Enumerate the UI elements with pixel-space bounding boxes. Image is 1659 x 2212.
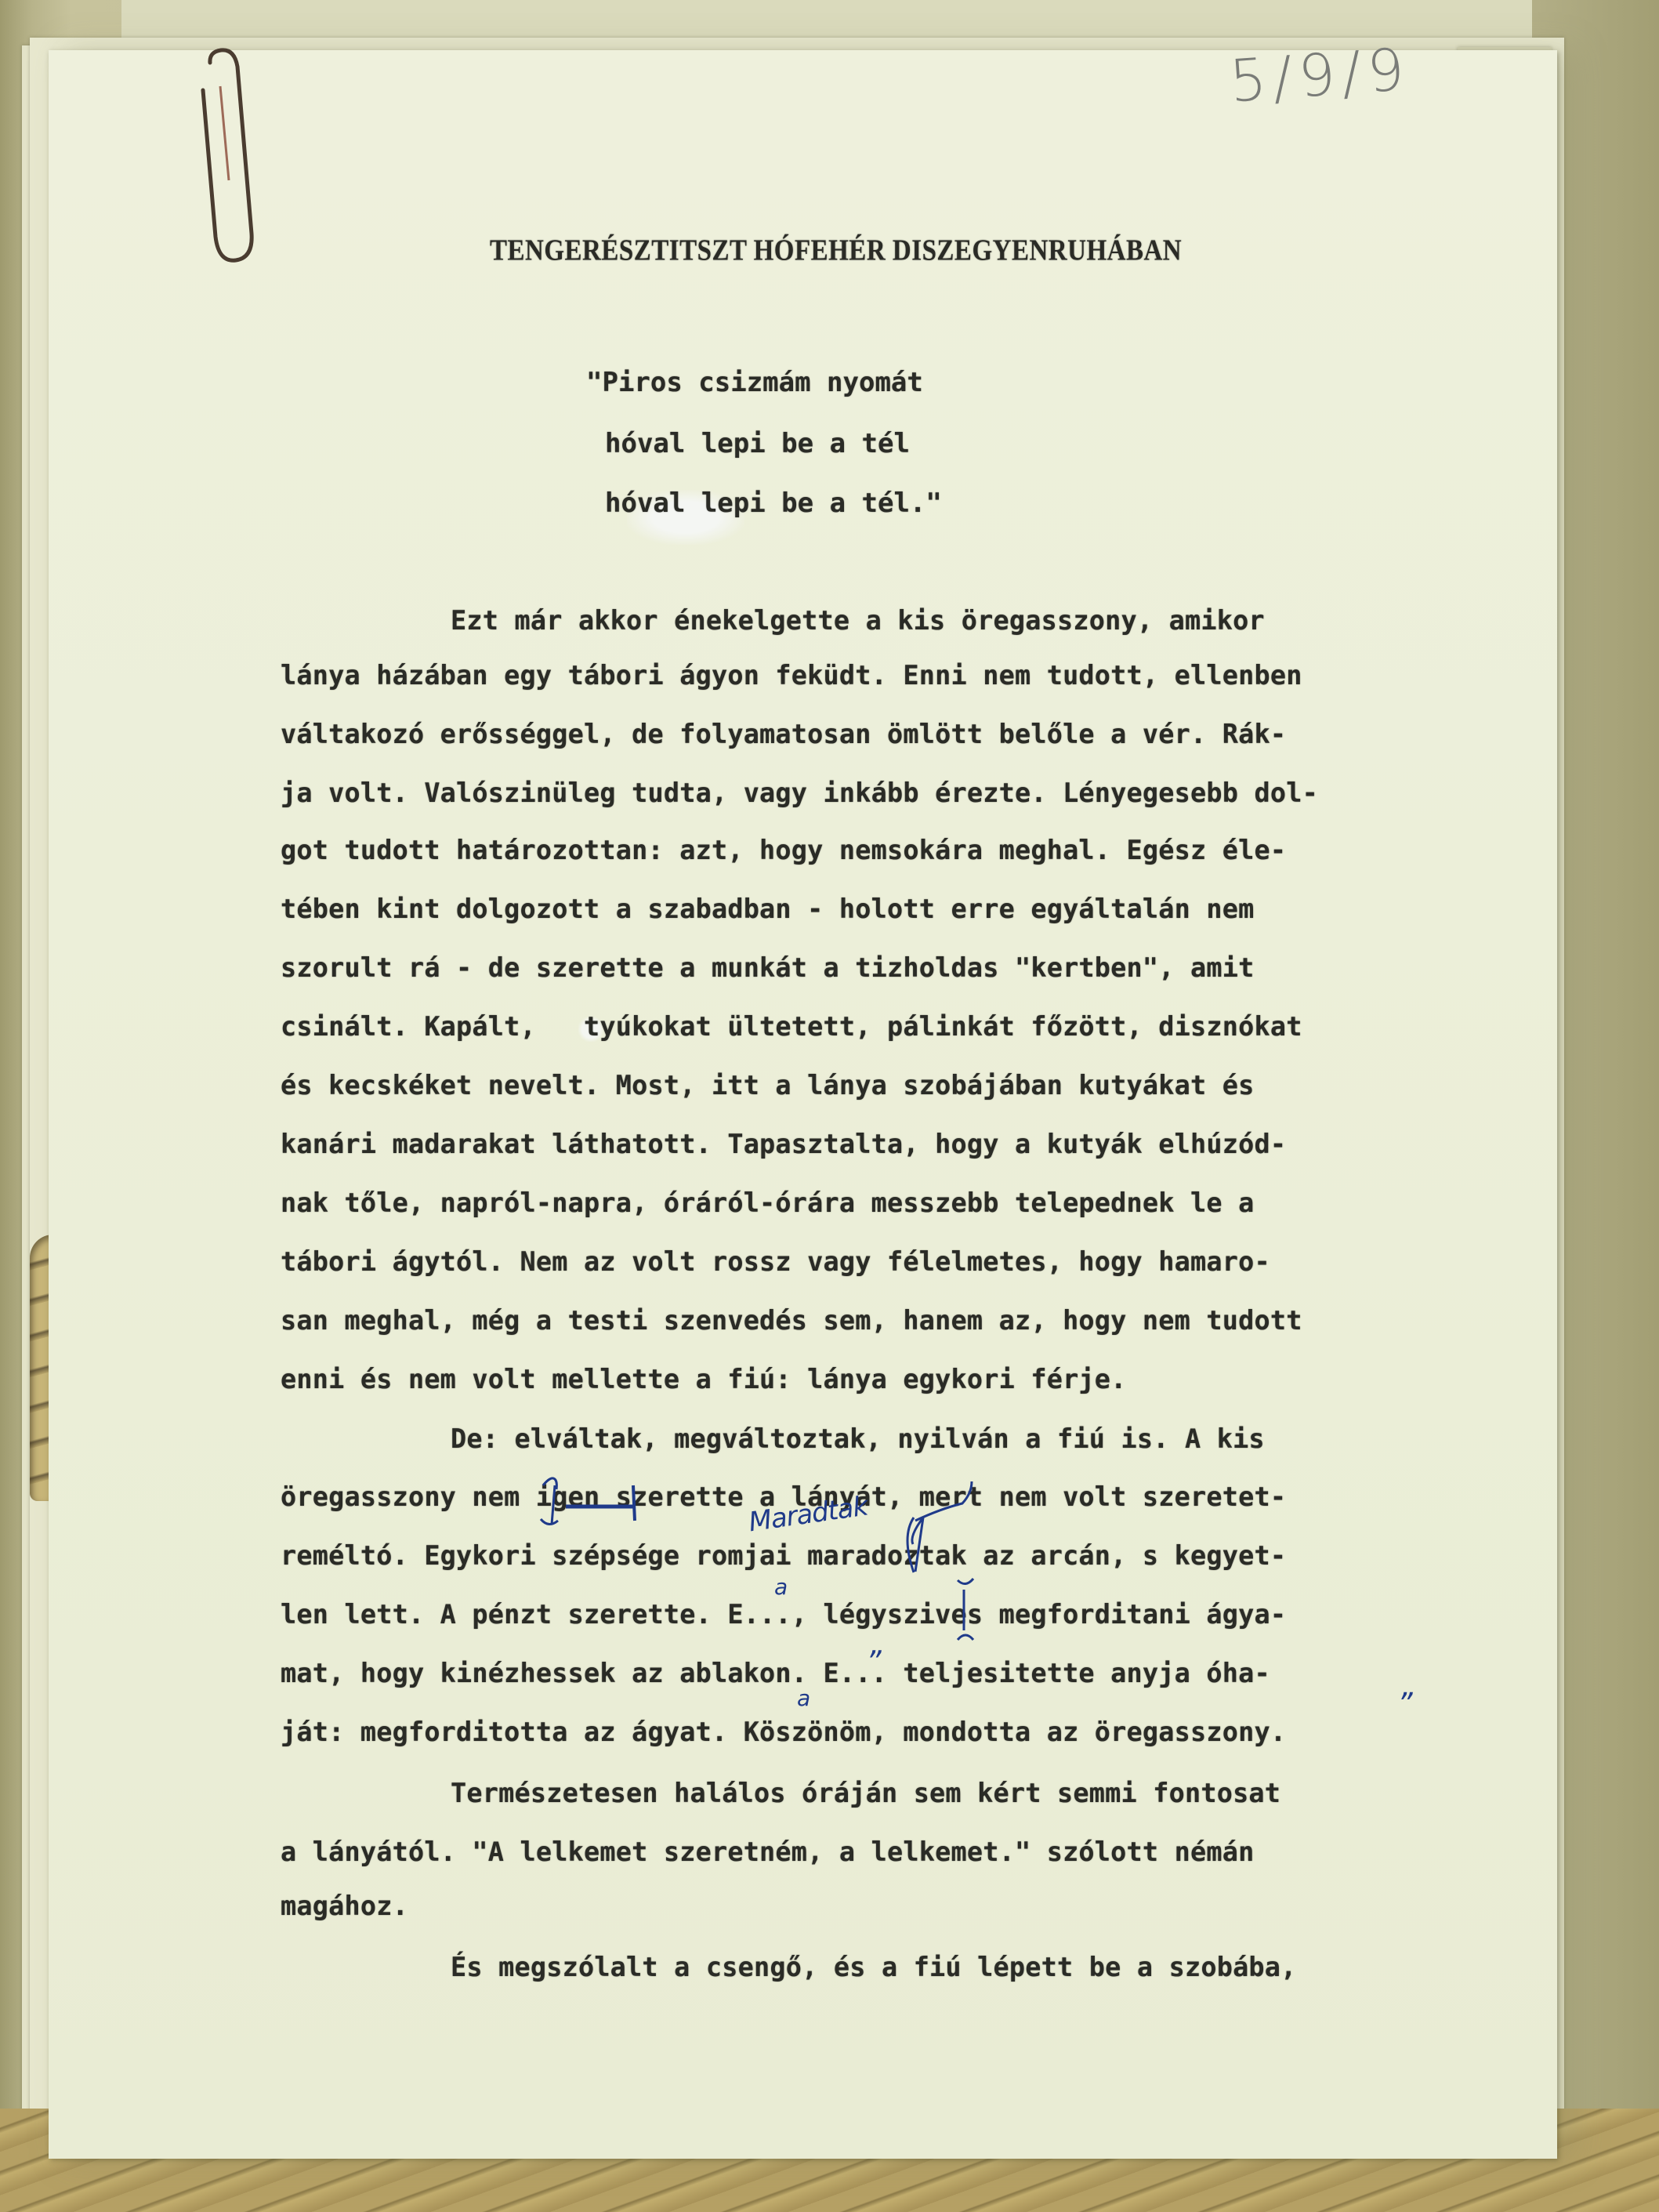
text-line: kanári madarakat láthatott. Tapasztalta,… (281, 1129, 1286, 1159)
document-title: TENGERÉSZTITSZT HÓFEHÉR DISZEGYENRUHÁBAN (490, 234, 1182, 268)
text-line: len lett. A pénzt szerette. E..., légysz… (281, 1599, 1286, 1630)
handwritten-quote-mark: „ (870, 1626, 886, 1661)
text-line: tében kint dolgozott a szabadban - holot… (281, 894, 1255, 924)
text-line: váltakozó erősséggel, de folyamatosan öm… (281, 719, 1286, 749)
handwritten-correction: a (797, 1685, 810, 1711)
text-line: lánya házában egy tábori ágyon feküdt. E… (281, 660, 1302, 691)
text-line: mat, hogy kinézhessek az ablakon. E... t… (281, 1658, 1270, 1688)
text-line: De: elváltak, megváltoztak, nyilván a fi… (451, 1423, 1265, 1454)
text-line: csinált. Kapált, tyúkokat ültetett, páli… (281, 1011, 1302, 1042)
text-line: És megszólalt a csengő, és a fiú lépett … (451, 1952, 1297, 1982)
epigraph-line: "Piros csizmám nyomát (586, 367, 923, 398)
epigraph-line: hóval lepi be a tél." (605, 488, 942, 519)
page-number-pencil: 5/9/9 (1227, 31, 1492, 143)
text-line: enni és nem volt mellette a fiú: lánya e… (281, 1364, 1127, 1394)
text-line: ját: megforditotta az ágyat. Köszönöm, m… (281, 1717, 1286, 1747)
epigraph-line: hóval lepi be a tél (605, 428, 910, 459)
text-line: ja volt. Valószinüleg tudta, vagy inkább… (281, 778, 1318, 808)
text-line: és kecskéket nevelt. Most, itt a lánya s… (281, 1070, 1255, 1101)
text-line: magához. (281, 1891, 408, 1921)
handwritten-correction: a (774, 1574, 788, 1600)
text-line: szorult rá - de szerette a munkát a tizh… (281, 952, 1255, 983)
text-line: a lányától. "A lelkemet szeretném, a lel… (281, 1837, 1255, 1867)
text-line: nak tőle, napról-napra, óráról-órára mes… (281, 1188, 1255, 1218)
paperclip-icon (186, 31, 264, 267)
text-line: Ezt már akkor énekelgette a kis öregassz… (451, 605, 1265, 636)
handwritten-quote-mark: ” (1397, 1687, 1413, 1721)
text-line: Természetesen halálos óráján sem kért se… (451, 1778, 1280, 1808)
text-line: got tudott határozottan: azt, hogy nemso… (281, 835, 1286, 865)
text-line: tábori ágytól. Nem az volt rossz vagy fé… (281, 1246, 1270, 1277)
text-line: reméltó. Egykori szépsége romjai maradoz… (281, 1540, 1286, 1571)
text-line: san meghal, még a testi szenvedés sem, h… (281, 1305, 1302, 1336)
